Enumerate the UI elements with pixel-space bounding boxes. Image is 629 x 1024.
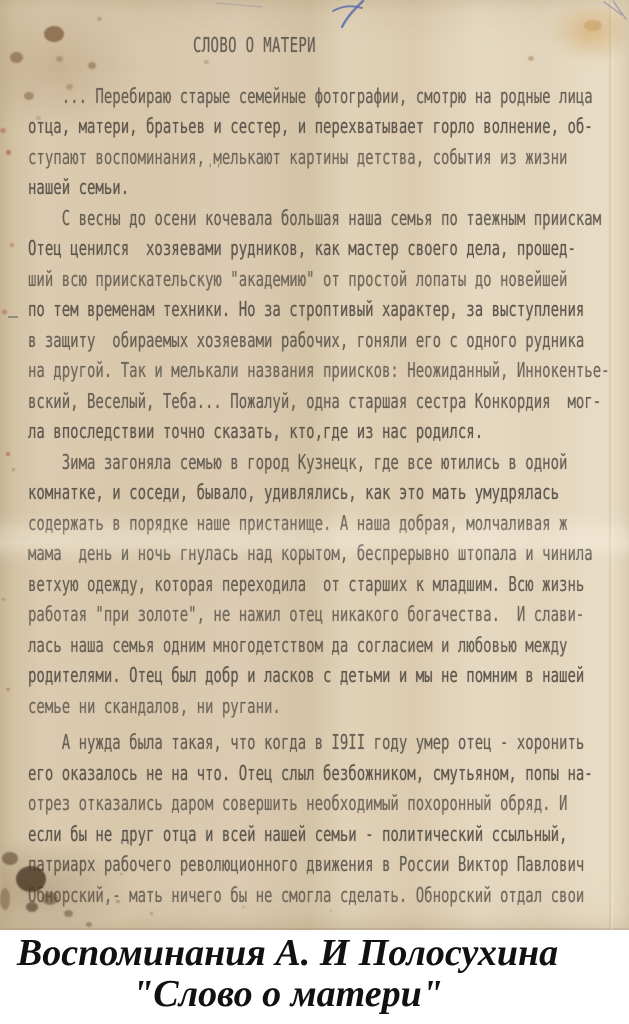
paper-crease-band	[0, 522, 629, 564]
stain-speck	[288, 894, 291, 897]
typewritten-line: ветхую одежду, которая переходила от ста…	[28, 569, 449, 600]
red-speck	[6, 688, 10, 691]
stain-spot	[36, 116, 41, 120]
pencil-tick-marks: ''	[206, 162, 223, 178]
faint-pen-stroke-icon	[216, 3, 262, 7]
stain-spot	[66, 84, 73, 90]
stain-spot	[0, 128, 6, 133]
typewritten-line: нашей семьи.	[28, 172, 449, 203]
stain-speck	[120, 873, 123, 875]
typewritten-line: семье ни скандалов, ни ругани.	[28, 691, 449, 722]
paragraph-winter: Зима загоняла семью в город Кузнецк, где…	[28, 447, 629, 722]
typewritten-line: вский, Веселый, Теба... Пожалуй, одна ст…	[28, 386, 449, 417]
pen-marks-overlay	[0, 0, 629, 40]
document-scan-paper: СЛОВО О МАТЕРИ ... Перебираю старые семе…	[0, 0, 629, 930]
stain-speck	[196, 898, 200, 901]
typewritten-line: ший всю приискательскую "академию" от пр…	[28, 264, 449, 295]
stain-blotch	[26, 902, 38, 912]
stain-speck	[116, 900, 120, 903]
stain-blotch	[2, 852, 18, 865]
paper-fold-line	[609, 0, 613, 930]
scanned-memoir-page: СЛОВО О МАТЕРИ ... Перебираю старые семе…	[0, 0, 629, 1024]
red-speck	[2, 310, 7, 314]
stain-speck	[242, 906, 245, 908]
paragraph-mines: С весны до осени кочевала большая наша с…	[28, 203, 629, 447]
caption-author-line: Воспоминания А. И Полосухина	[0, 933, 575, 974]
red-speck	[10, 243, 14, 247]
red-speck	[6, 452, 10, 456]
stain-spot	[204, 60, 209, 64]
stain-blotch	[0, 888, 10, 910]
red-speck	[12, 468, 15, 471]
corner-pen-stroke-icon	[604, 1, 626, 19]
red-speck	[6, 150, 11, 155]
stain-speck	[64, 910, 73, 917]
typewritten-line: ла впоследствии точно сказать, кто,где и…	[28, 416, 449, 447]
stain-speck	[330, 910, 332, 912]
stain-speck	[86, 922, 92, 927]
typewritten-line: на другой. Так и мелькали названия приис…	[28, 355, 449, 386]
caption-title-line: "Слово о матери"	[0, 974, 575, 1015]
typewritten-line: в защиту обираемых хозяевами рабочих, го…	[28, 325, 449, 356]
stain-spot	[56, 56, 63, 62]
stain-spot	[528, 56, 534, 61]
blue-pen-cross-stroke-icon	[333, 6, 362, 11]
typewritten-line: отрез отказались даром совершить необход…	[28, 788, 449, 819]
typewritten-line: работая "при золоте", не нажил отец ника…	[28, 599, 449, 630]
blue-pen-check-mark-icon	[342, 1, 363, 27]
typewritten-line: родителями. Отец был добр и ласков с дет…	[28, 660, 449, 691]
typewritten-line: Отец ценился хозяевами рудников, как мас…	[28, 233, 449, 264]
typewritten-line: А нужда была такая, что когда в I9II год…	[28, 727, 449, 758]
red-speck	[2, 598, 5, 601]
stain-speck	[150, 912, 153, 915]
typewritten-line: лась наша семья одним многодетством да с…	[28, 630, 449, 661]
stain-blotch	[42, 892, 58, 905]
typewritten-line: его оказалось не на что. Отец слыл безбо…	[28, 758, 449, 789]
stain-spot	[24, 92, 34, 100]
stain-spot	[88, 62, 96, 69]
typewritten-line: ступают воспоминания, мелькают картины д…	[28, 142, 449, 173]
typewritten-line: Зима загоняла семью в город Кузнецк, где…	[28, 447, 449, 478]
stain-blotch	[16, 866, 46, 892]
stain-spot	[10, 52, 23, 63]
typewritten-line: комнатке, и соседи, бывало, удивлялись, …	[28, 477, 449, 508]
typewritten-line: С весны до осени кочевала большая наша с…	[28, 203, 449, 234]
typewritten-line: по тем временам техники. Но за строптивы…	[28, 294, 449, 325]
caption-strip: Воспоминания А. И Полосухина "Слово о ма…	[0, 930, 629, 1024]
pencil-dash	[8, 316, 18, 318]
